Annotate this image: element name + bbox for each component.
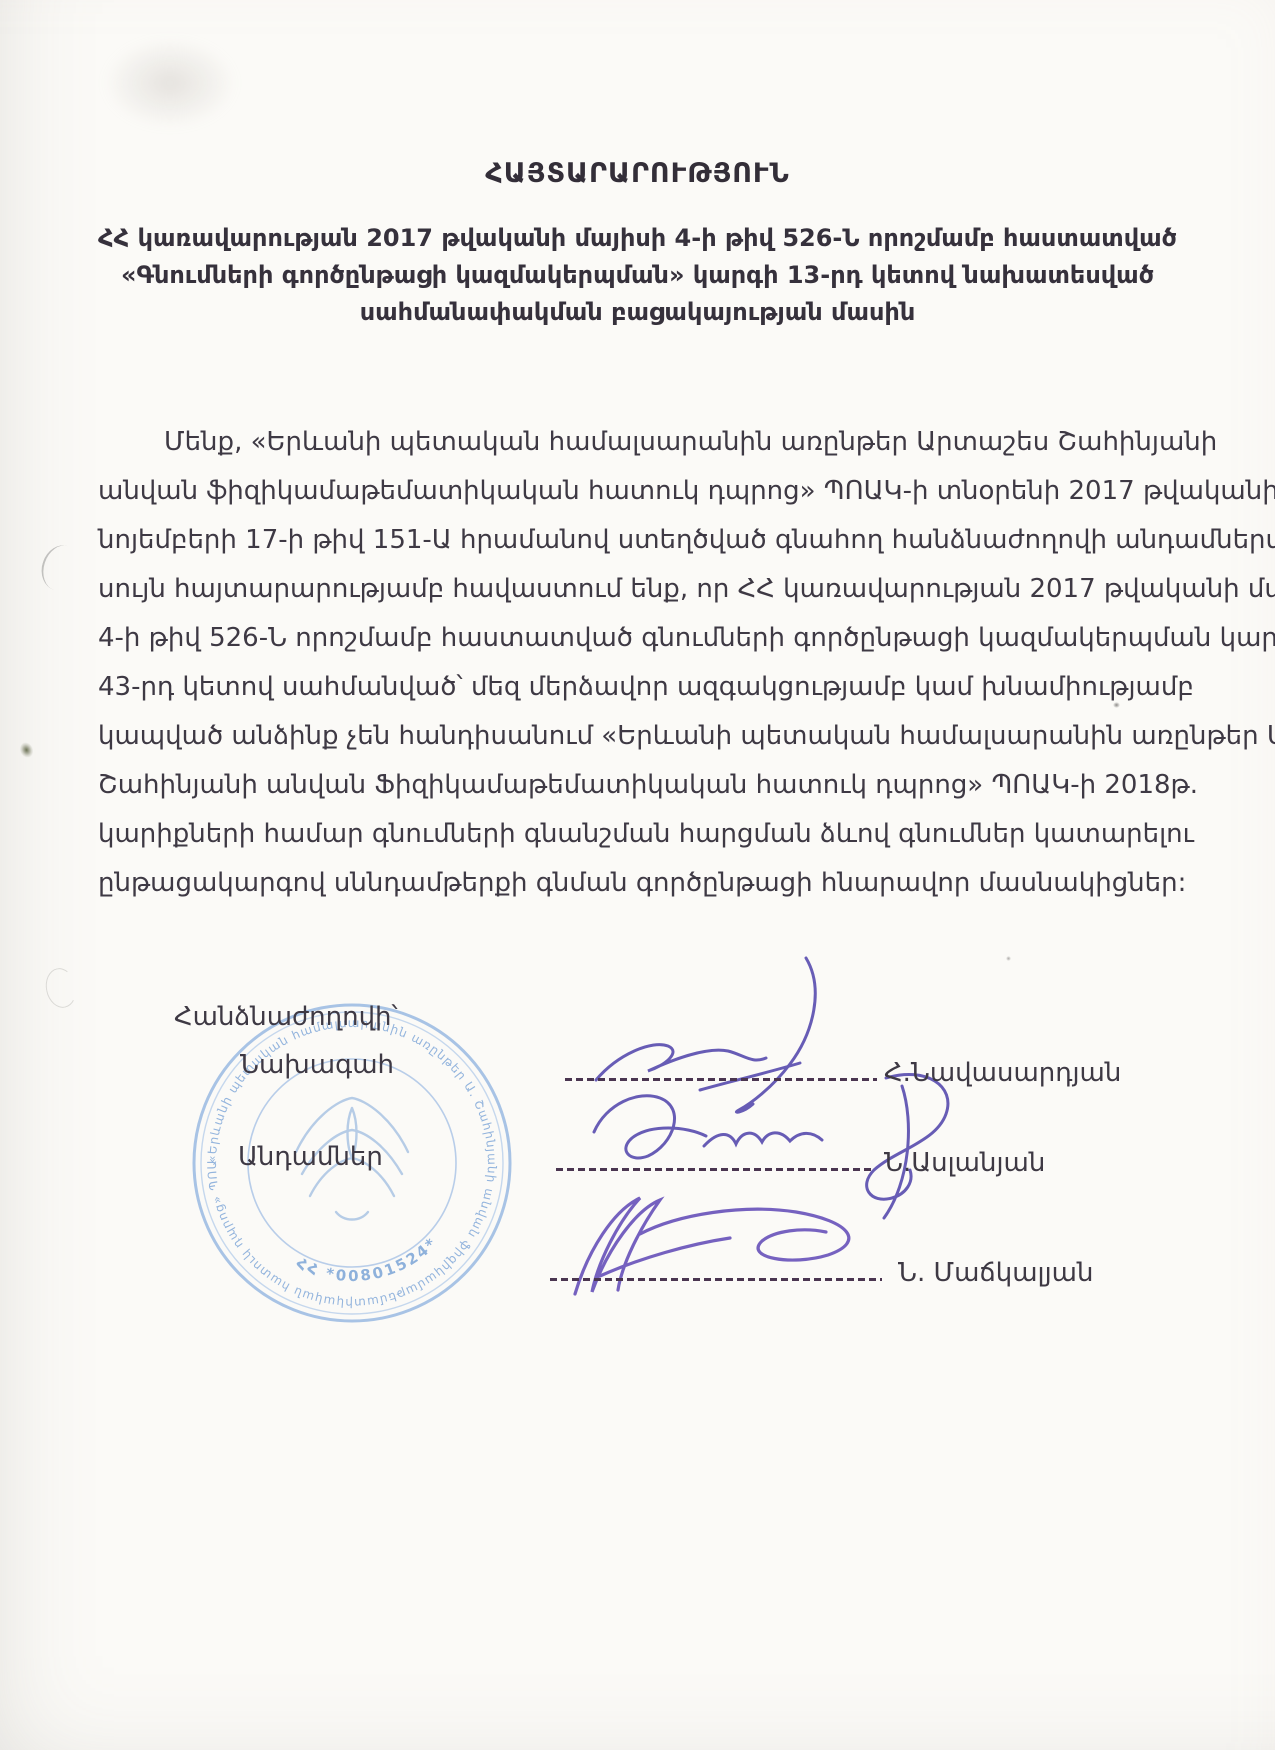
member-1-name: Ն.Ասլանյան bbox=[884, 1148, 1045, 1178]
scan-dot bbox=[1006, 956, 1011, 961]
subtitle-line: ՀՀ կառավարության 2017 թվականի մայիսի 4-ի… bbox=[95, 220, 1180, 257]
body-paragraph: Մենք, «Երևանի պետական համալսարանին առընթ… bbox=[98, 418, 1175, 908]
members-role-label: Անդամներ bbox=[238, 1142, 383, 1172]
stamp-number: ՀՀ *00801524* bbox=[293, 1233, 441, 1285]
member-2-name: Ն. Մաճկալյան bbox=[898, 1258, 1093, 1288]
body-line: Մենք, «Երևանի պետական համալսարանին առընթ… bbox=[98, 418, 1175, 467]
body-line: Շահինյանի անվան Ֆիզիկամաթեմատիկական հատո… bbox=[98, 761, 1175, 810]
scan-oval-mark bbox=[42, 965, 80, 1010]
body-line: նոյեմբերի 17-ի թիվ 151-Ա հրամանով ստեղծվ… bbox=[98, 516, 1175, 565]
chairman-name: Հ.Նավասարդյան bbox=[884, 1058, 1121, 1088]
stamp-ring-text-holder: «Երևանի պետական համալսարանին առընթեր Ա. … bbox=[0, 920, 499, 1310]
scan-ink-blot bbox=[17, 740, 36, 760]
signature-line-member-1 bbox=[556, 1168, 874, 1171]
signature-line-member-2 bbox=[550, 1278, 882, 1281]
scan-smudge bbox=[75, 18, 265, 148]
body-line: կարիքների համար գնումների գնանշման հարցմ… bbox=[98, 810, 1175, 859]
ink-and-stamp-layer: «Երևանի պետական համալսարանին առընթեր Ա. … bbox=[0, 920, 1275, 1380]
subtitle-line: «Գնումների գործընթացի կազմակերպման» կարգ… bbox=[95, 257, 1180, 294]
body-line: անվան ֆիզիկամաթեմատիկական հատուկ դպրոց» … bbox=[98, 467, 1175, 516]
document-subtitle: ՀՀ կառավարության 2017 թվականի մայիսի 4-ի… bbox=[95, 220, 1180, 331]
subtitle-line: սահմանափակման բացակայության մասին bbox=[95, 294, 1180, 331]
stamp-ring-text: «Երևանի պետական համալսարանին առընթեր Ա. … bbox=[0, 920, 499, 1310]
body-line: 4-ի թիվ 526-Ն որոշմամբ հաստատված գնումնե… bbox=[98, 614, 1175, 663]
svg-text:ՀՀ *00801524*: ՀՀ *00801524* bbox=[293, 1233, 441, 1285]
committee-label: Հանձնաժողովի՝ bbox=[174, 1002, 398, 1032]
document-title: ՀԱՅՏԱՐԱՐՈՒԹՅՈՒՆ bbox=[0, 158, 1275, 189]
chairman-role-label: Նախագահ bbox=[240, 1050, 394, 1080]
scan-pencil-arc bbox=[36, 540, 86, 595]
signature-ink-member-1 bbox=[594, 1074, 948, 1218]
signature-line-chairman bbox=[565, 1078, 877, 1081]
official-stamp: «Երևանի պետական համալսարանին առընթեր Ա. … bbox=[0, 920, 510, 1321]
body-line: 43-րդ կետով սահմանված՝ մեզ մերձավոր ազգա… bbox=[98, 663, 1175, 712]
scanned-document-page: ՀԱՅՏԱՐԱՐՈՒԹՅՈՒՆ ՀՀ կառավարության 2017 թվ… bbox=[0, 0, 1275, 1750]
body-line: կապված անձինք չեն հանդիսանում «Երևանի պե… bbox=[98, 712, 1175, 761]
body-line: ընթացակարգով սննդամթերքի գնման գործընթաց… bbox=[98, 859, 1175, 908]
body-line: սույն հայտարարությամբ հավաստում ենք, որ … bbox=[98, 565, 1175, 614]
signature-ink-chairman bbox=[596, 958, 815, 1112]
